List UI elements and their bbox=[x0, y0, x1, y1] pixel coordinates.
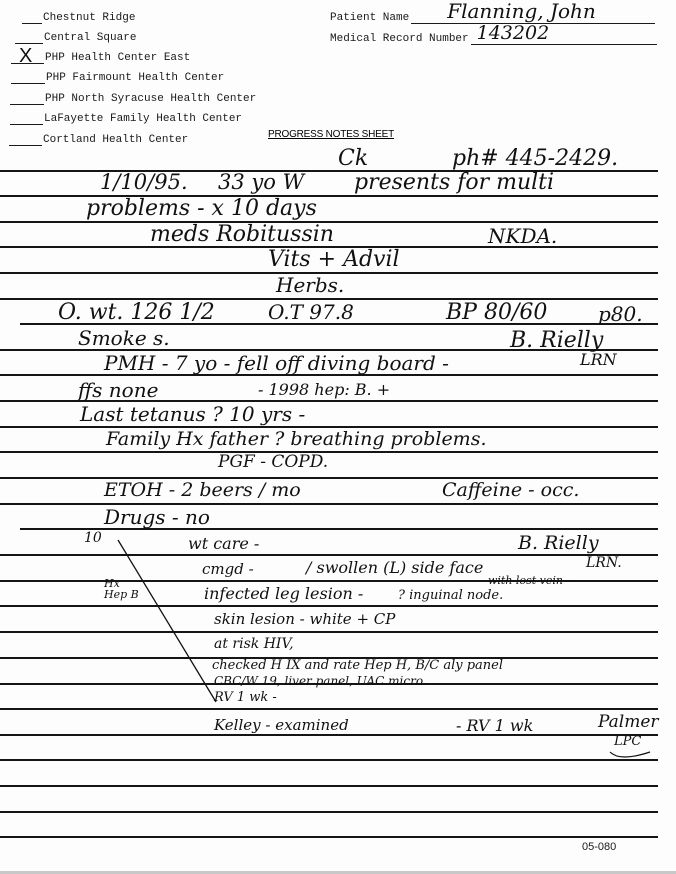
form-code: 05-080 bbox=[582, 841, 616, 853]
diagonal-pen-stroke bbox=[0, 0, 676, 874]
progress-notes-page: Chestnut Ridge Central Square X PHP Heal… bbox=[0, 0, 676, 874]
